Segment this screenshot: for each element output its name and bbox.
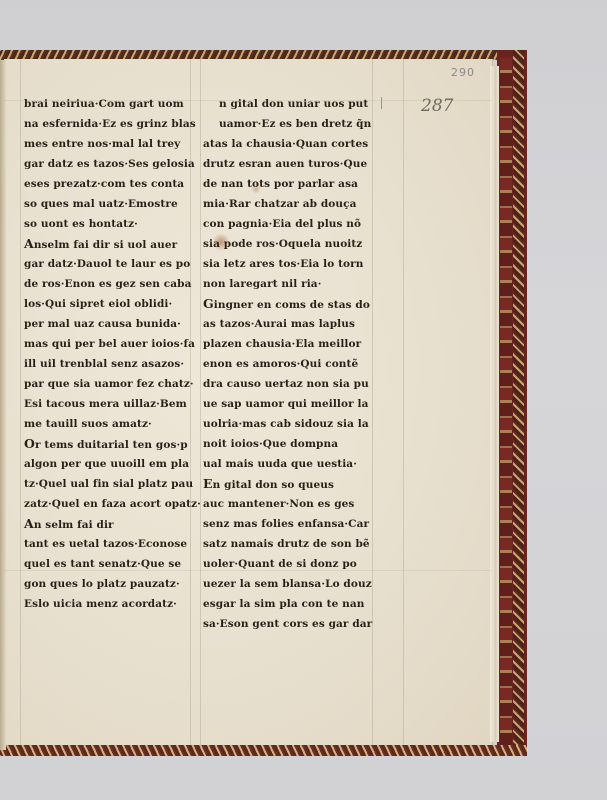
text-line: En gital don so queus — [203, 474, 365, 494]
text-line: gar datz·Dauol te laur es po — [24, 254, 189, 274]
text-line: ual mais uuda que uestia· — [203, 454, 365, 474]
page-left-edge — [0, 60, 6, 750]
text-line: Gingner en coms de stas do — [203, 294, 365, 314]
text-line: uamor·Ez es ben dretz q̃n — [203, 114, 365, 134]
text-line: algon per que uuoill em pla — [24, 454, 189, 474]
text-line: per mal uaz causa bunida· — [24, 314, 189, 334]
binding-ornament — [500, 58, 512, 748]
old-folio-number: 287 — [421, 96, 453, 116]
text-line: atas la chausia·Quan cortes — [203, 134, 365, 154]
page-fore-edge — [490, 66, 499, 742]
ruling-line-vertical — [372, 59, 373, 745]
text-line: me tauill suos amatz· — [24, 414, 189, 434]
text-line: non laregart nil ria· — [203, 274, 365, 294]
text-line: ill uil trenblal senz asazos· — [24, 354, 189, 374]
text-line: na esfernida·Ez es grinz blas — [24, 114, 189, 134]
text-line: uezer la sem blansa·Lo douz — [203, 574, 365, 594]
text-line: sa·Eson gent cors es gar dar — [203, 614, 365, 634]
text-line: auc mantener·Non es ges — [203, 494, 365, 514]
modern-folio-number: 290 — [451, 66, 475, 79]
text-line: senz mas folies enfansa·Car — [203, 514, 365, 534]
text-line: so ques mal uatz·Emostre — [24, 194, 189, 214]
text-column-right: n gital don uniar uos put uamor·Ez es be… — [203, 94, 365, 634]
text-line: as tazos·Aurai mas laplus — [203, 314, 365, 334]
text-line: ue sap uamor qui meillor la — [203, 394, 365, 414]
text-line: Or tems duitarial ten gos·p — [24, 434, 189, 454]
text-line: enon es amoros·Qui contẽ — [203, 354, 365, 374]
text-line: noit ioios·Que dompna — [203, 434, 365, 454]
text-line: esgar la sim pla con te nan — [203, 594, 365, 614]
text-line: con pagnia·Eia del plus nõ — [203, 214, 365, 234]
binding-gilt-rope — [513, 50, 524, 756]
margin-mark — [381, 97, 382, 109]
text-line: sia pode ros·Oquela nuoitz — [203, 234, 365, 254]
text-line: mes entre nos·mal lal trey — [24, 134, 189, 154]
text-line: uoler·Quant de si donz po — [203, 554, 365, 574]
text-line: mia·Rar chatzar ab douça — [203, 194, 365, 214]
text-line: tz·Quel ual fin sial platz pau — [24, 474, 189, 494]
ruling-line-vertical — [200, 59, 201, 745]
text-column-left: brai neiriua·Com gart uom na esfernida·E… — [24, 94, 189, 614]
ruling-line-vertical — [20, 59, 21, 745]
text-line: so uont es hontatz· — [24, 214, 189, 234]
text-line: uolria·mas cab sidouz sia la — [203, 414, 365, 434]
text-line: Eslo uicia menz acordatz· — [24, 594, 189, 614]
text-line: par que sia uamor fez chatz· — [24, 374, 189, 394]
text-line: dra causo uertaz non sia pu — [203, 374, 365, 394]
text-line: quel es tant senatz·Que se — [24, 554, 189, 574]
text-line: Esi tacous mera uillaz·Bem — [24, 394, 189, 414]
text-line: tant es uetal tazos·Econose — [24, 534, 189, 554]
text-line: satz namais drutz de son bẽ — [203, 534, 365, 554]
text-line: Anselm fai dir si uol auer — [24, 234, 189, 254]
text-line: eses prezatz·com tes conta — [24, 174, 189, 194]
text-line: plazen chausia·Ela meillor — [203, 334, 365, 354]
text-line: brai neiriua·Com gart uom — [24, 94, 189, 114]
binding-bottom-edge — [0, 745, 527, 756]
text-line: zatz·Quel en faza acort opatz· — [24, 494, 189, 514]
text-line: de ros·Enon es gez sen caba — [24, 274, 189, 294]
text-line: gon ques lo platz pauzatz· — [24, 574, 189, 594]
ruling-line-vertical — [403, 59, 404, 745]
text-line: mas qui per bel auer ioios·fa — [24, 334, 189, 354]
text-line: drutz esran auen turos·Que — [203, 154, 365, 174]
text-line: sia letz ares tos·Eia lo torn — [203, 254, 365, 274]
text-line: n gital don uniar uos put — [203, 94, 365, 114]
text-line: los·Qui sipret eiol oblidi· — [24, 294, 189, 314]
binding-spine-edge — [497, 50, 527, 756]
text-line: de nan tots por parlar asa — [203, 174, 365, 194]
text-line: An selm fai dir — [24, 514, 189, 534]
text-line: gar datz es tazos·Ses gelosia — [24, 154, 189, 174]
